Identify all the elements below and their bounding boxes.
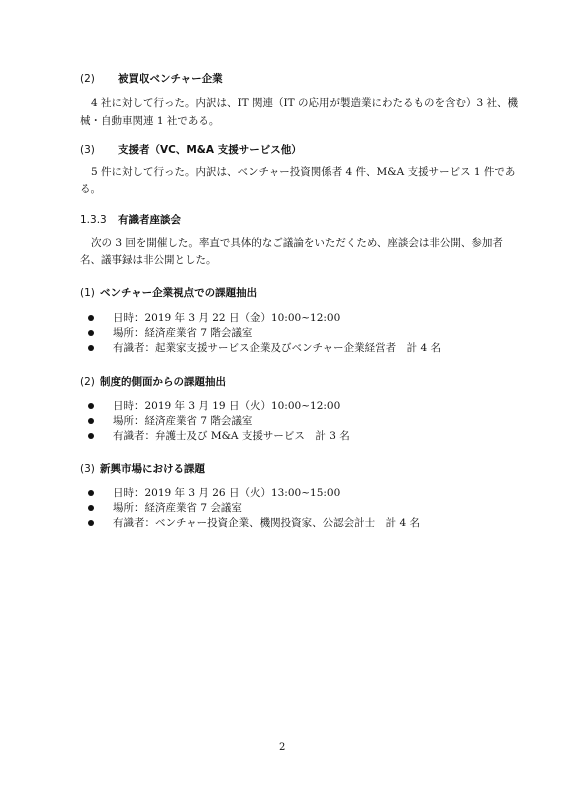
bullet-icon — [88, 345, 94, 351]
meeting-datetime: 日時：2019 年 3 月 22 日（金）10:00~12:00 — [113, 311, 340, 326]
meeting-participants: 有識者：ベンチャー投資企業、機関投資家、公認会計士 計 4 名 — [113, 516, 420, 531]
bullet-icon — [88, 330, 94, 336]
paragraph-line: 械・自動車関連 1 社である。 — [80, 113, 219, 129]
section-number: (2) — [80, 73, 118, 85]
section-title: 被買収ベンチャー企業 — [118, 73, 223, 85]
page-number: 2 — [279, 742, 285, 753]
bullet-icon — [88, 433, 94, 439]
meeting-heading: (1)ベンチャー企業視点での課題抽出 — [80, 285, 257, 300]
bullet-icon — [88, 505, 94, 511]
paragraph-line: 名、議事録は非公開とした。 — [80, 252, 217, 268]
meeting-participants: 有識者：起業家支援サービス企業及びベンチャー企業経営者 計 4 名 — [113, 341, 441, 356]
meeting-heading: (3)新興市場における課題 — [80, 461, 205, 476]
meeting-heading: (2)制度的側面からの課題抽出 — [80, 374, 226, 389]
meeting-number: (1) — [80, 287, 100, 299]
section-heading-acquired-ventures: (2)被買収ベンチャー企業 — [80, 71, 223, 86]
meeting-location: 場所：経済産業省 7 階会議室 — [113, 414, 252, 429]
bullet-icon — [88, 520, 94, 526]
meeting-location: 場所：経済産業省 7 会議室 — [113, 501, 242, 516]
paragraph-line: 5 件に対して行った。内訳は、ベンチャー投資関係者 4 件、M&A 支援サービス… — [91, 164, 515, 180]
meeting-datetime: 日時：2019 年 3 月 26 日（火）13:00~15:00 — [113, 486, 340, 501]
meeting-number: (3) — [80, 463, 100, 475]
bullet-icon — [88, 418, 94, 424]
meeting-number: (2) — [80, 376, 100, 388]
document-page: (2)被買収ベンチャー企業 4 社に対して行った。内訳は、IT 関連（IT の応… — [0, 0, 565, 800]
subsection-heading: 1.3.3有識者座談会 — [80, 212, 181, 227]
subsection-title: 有識者座談会 — [118, 214, 181, 226]
subsection-number: 1.3.3 — [80, 214, 118, 226]
meeting-title: 制度的側面からの課題抽出 — [100, 376, 226, 388]
meeting-title: 新興市場における課題 — [100, 463, 205, 475]
bullet-icon — [88, 315, 94, 321]
bullet-icon — [88, 403, 94, 409]
paragraph-line: る。 — [80, 181, 101, 197]
paragraph-line: 次の 3 回を開催した。率直で具体的なご議論をいただくため、座談会は非公開、参加… — [91, 235, 503, 251]
meeting-datetime: 日時：2019 年 3 月 19 日（火）10:00~12:00 — [113, 399, 340, 414]
bullet-icon — [88, 490, 94, 496]
paragraph-line: 4 社に対して行った。内訳は、IT 関連（IT の応用が製造業にわたるものを含む… — [91, 95, 518, 111]
section-heading-supporters: (3)支援者（VC、M&A 支援サービス他） — [80, 142, 302, 157]
section-number: (3) — [80, 144, 118, 156]
meeting-participants: 有識者：弁護士及び M&A 支援サービス 計 3 名 — [113, 429, 350, 444]
meeting-location: 場所：経済産業省 7 階会議室 — [113, 326, 252, 341]
meeting-title: ベンチャー企業視点での課題抽出 — [100, 287, 257, 299]
section-title: 支援者（VC、M&A 支援サービス他） — [118, 144, 302, 156]
